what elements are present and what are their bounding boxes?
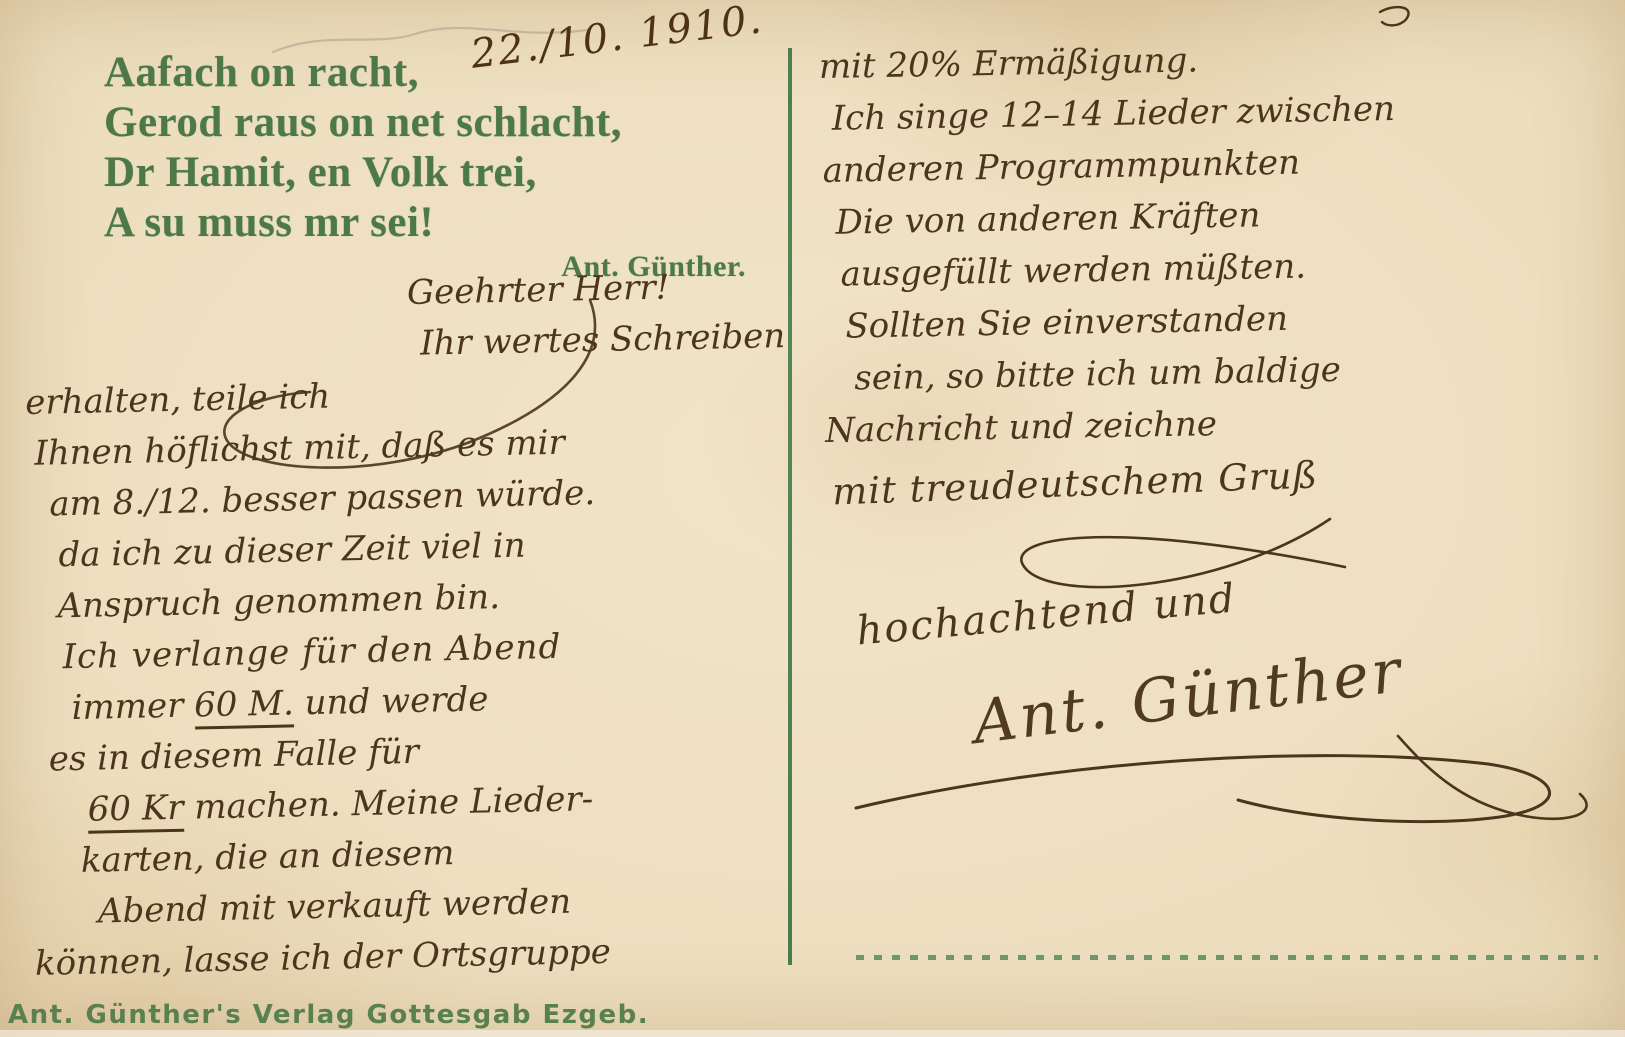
poem-block: Aafach on racht,Gerod raus on net schlac… [104, 48, 764, 284]
message-right-column: mit 20% Ermäßigung.Ich singe 12–14 Liede… [818, 27, 1625, 457]
poem-line: Dr Hamit, en Volk trei, [104, 148, 764, 198]
poem-line: Aafach on racht, [104, 48, 764, 98]
postcard-scan: Aafach on racht,Gerod raus on net schlac… [0, 0, 1625, 1037]
handwriting-line: Ihr wertes Schreiben [420, 311, 783, 370]
poem-line: Gerod raus on net schlacht, [104, 98, 764, 148]
message-left-column: Geehrter Herr!Ihr wertes Schreibenerhalt… [21, 260, 796, 990]
poem-line: A su muss mr sei! [104, 198, 764, 248]
address-dotted-line [856, 955, 1598, 960]
poem-lines: Aafach on racht,Gerod raus on net schlac… [104, 48, 764, 248]
closing-respect: hochachtend und [855, 575, 1239, 654]
closing-greeting: mit treudeutschem Gruß [831, 454, 1318, 514]
publisher-imprint: Ant. Günther's Verlag Gottesgab Ezgeb. [8, 1000, 649, 1030]
signature-flourish [838, 730, 1623, 840]
handwriting-line: Geehrter Herr! [407, 260, 782, 319]
signature: Ant. Günther [969, 636, 1407, 758]
